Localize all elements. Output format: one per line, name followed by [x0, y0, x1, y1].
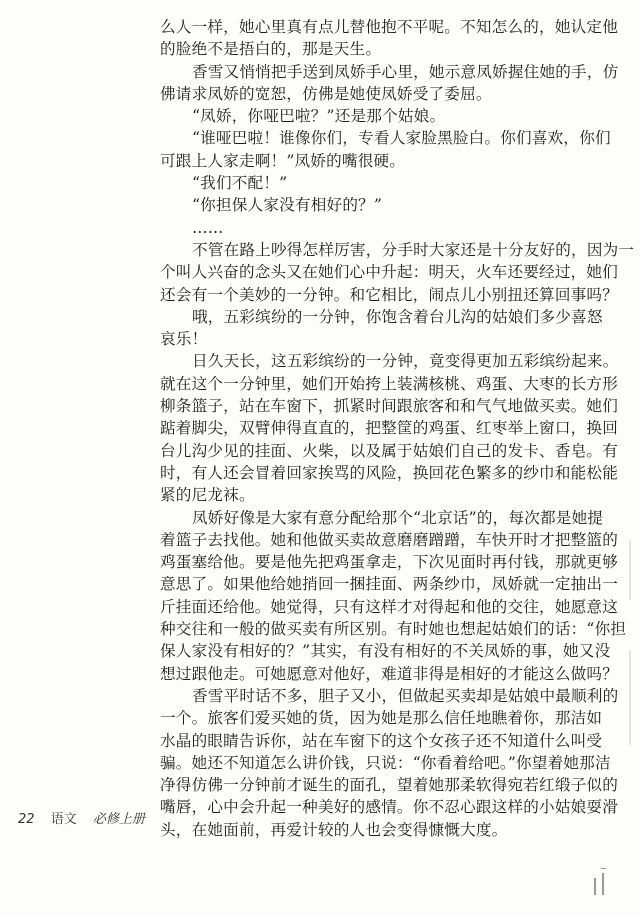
text-line: “我们不配！” [160, 172, 528, 194]
text-line: 还会有一个美妙的一分钟。和它相比，闹点儿小别扭还算回事吗？ [160, 284, 528, 306]
text-line: 就在这个一分钟里，她们开始挎上装满核桃、鸡蛋、大枣的长方形 [160, 373, 528, 395]
text-line: 踮着脚尖，双臂伸得直直的，把整筐的鸡蛋、红枣举上窗口，换回 [160, 417, 528, 439]
text-line: 净得仿佛一分钟前才诞生的面孔，望着她那柔软得宛若红缎子似的 [160, 774, 528, 796]
text-line: 的脸绝不是捂白的，那是天生。 [160, 38, 528, 60]
text-line: 不管在路上吵得怎样厉害，分手时大家还是十分友好的，因为一 [160, 239, 528, 261]
text-line: 么人一样，她心里真有点儿替他抱不平呢。不知怎么的，她认定他 [160, 16, 528, 38]
text-line: 哦，五彩缤纷的一分钟，你饱含着台儿沟的姑娘们多少喜怒 [160, 306, 528, 328]
text-line: 紧的尼龙袜。 [160, 484, 528, 506]
subject-label: 语文 [51, 812, 77, 827]
text-line: 保人家没有相好的？”其实，有没有相好的不关凤娇的事，她又没 [160, 640, 528, 662]
text-line: …… [160, 217, 528, 239]
text-line: 台儿沟少见的挂面、火柴，以及属于姑娘们自己的发卡、香皂。有 [160, 440, 528, 462]
text-line: 哀乐！ [160, 328, 528, 350]
text-line: 凤娇好像是大家有意分配给那个“北京话”的，每次都是她提 [160, 507, 528, 529]
text-line: 佛请求凤娇的宽恕，仿佛是她使凤娇受了委屈。 [160, 83, 528, 105]
text-line: “你担保人家没有相好的？” [160, 194, 528, 216]
scan-mark-tick [601, 868, 606, 869]
text-line: 斤挂面还给他。她觉得，只有这样才对得起和他的交往，她愿意这 [160, 596, 528, 618]
text-line: 时，有人还会冒着回家挨骂的风险，换回花色繁多的纱巾和能松能 [160, 462, 528, 484]
text-line: 一个。旅客们爱买她的货，因为她是那么信任地瞧着你，那洁如 [160, 707, 528, 729]
text-line: 可跟上人家走啊！”凤娇的嘴很硬。 [160, 150, 528, 172]
page-footer: 22 语文 必修上册 [18, 808, 145, 827]
text-line: 水晶的眼睛告诉你，站在车窗下的这个女孩子还不知道什么叫受 [160, 730, 528, 752]
volume-label: 必修上册 [93, 812, 145, 827]
text-line: 香雪平时话不多，胆子又小，但做起买卖却是姑娘中最顺利的 [160, 685, 528, 707]
text-line: 鸡蛋塞给他。要是他先把鸡蛋拿走，下次见面时再付钱，那就更够 [160, 551, 528, 573]
body-text: 么人一样，她心里真有点儿替他抱不平呢。不知怎么的，她认定他的脸绝不是捂白的，那是… [160, 16, 528, 841]
bleed-through-mark [629, 540, 631, 600]
text-line: 香雪又悄悄把手送到凤娇手心里，她示意凤娇握住她的手，仿 [160, 61, 528, 83]
bleed-through-mark [629, 650, 631, 745]
text-line: 种交往和一般的做买卖有所区别。有时她也想起姑娘们的话：“你担 [160, 618, 528, 640]
text-line: 头，在她面前，再爱计较的人也会变得慷慨大度。 [160, 819, 528, 841]
text-line: 日久天长，这五彩缤纷的一分钟，竟变得更加五彩缤纷起来。 [160, 350, 528, 372]
text-line: 着篮子去找他。她和他做买卖故意磨磨蹭蹭，车快开时才把整篮的 [160, 529, 528, 551]
text-line: 意思了。如果他给她捎回一捆挂面、两条纱巾，凤娇就一定抽出一 [160, 573, 528, 595]
text-line: 嘴唇，心中会升起一种美好的感情。你不忍心跟这样的小姑娘耍滑 [160, 796, 528, 818]
page-number: 22 [18, 812, 35, 827]
text-line: 想过跟他走。可她愿意对他好，难道非得是相好的才能这么做吗？ [160, 663, 528, 685]
text-line: “凤娇，你哑巴啦？”还是那个姑娘。 [160, 105, 528, 127]
text-line: 个叫人兴奋的念头又在她们心中升起：明天，火车还要经过，她们 [160, 261, 528, 283]
scan-mark-left [594, 878, 596, 895]
scan-mark-right [602, 873, 604, 895]
text-line: 柳条篮子，站在车窗下，抓紧时间跟旅客和和气气地做买卖。她们 [160, 395, 528, 417]
text-line: “谁哑巴啦！谁像你们，专看人家脸黑脸白。你们喜欢，你们 [160, 127, 528, 149]
text-line: 骗。她还不知道怎么讲价钱，只说：“你看着给吧。”你望着她那洁 [160, 752, 528, 774]
